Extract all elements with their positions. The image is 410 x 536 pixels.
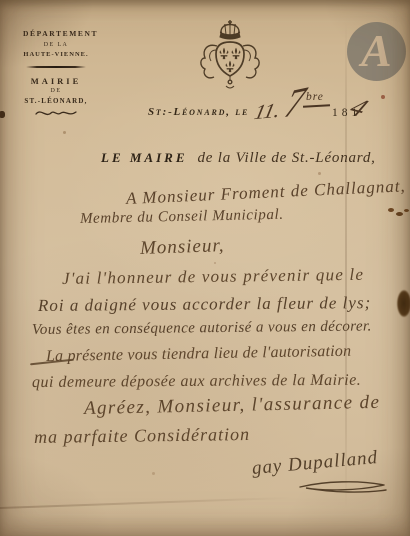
heading-title: LE MAIRE xyxy=(101,150,188,165)
letterhead-haute-vienne: HAUTE-VIENNE. xyxy=(23,51,89,58)
handwritten-line-4: La présente vous tiendra lieu de l'autor… xyxy=(46,344,351,365)
foxing-speck xyxy=(152,472,155,475)
foxing-speck xyxy=(318,172,321,175)
address-line-2: Membre du Conseil Municipal. xyxy=(80,208,284,227)
dateline-day-handwritten: 11. xyxy=(252,98,283,125)
handwritten-line-3: Vous êtes en conséquence autorisé a vous… xyxy=(32,319,372,338)
handwritten-line-6: Agréez, Monsieur, l'assurance de xyxy=(84,393,381,418)
signature-flourish-icon xyxy=(296,478,392,498)
letterhead-de-la: DE LA xyxy=(23,42,89,48)
salutation: Monsieur, xyxy=(140,236,225,258)
address-line-1: A Monsieur Froment de Challagnat, xyxy=(126,177,406,207)
fleur-de-lis-icon xyxy=(220,48,229,60)
stain-spot xyxy=(381,95,385,99)
handwritten-line-5: qui demeure déposée aux archives de la M… xyxy=(32,373,361,391)
crown-icon xyxy=(220,20,240,39)
stain-spot xyxy=(388,208,394,212)
fold-crease-horizontal xyxy=(0,497,292,509)
foxing-speck xyxy=(63,131,66,134)
ader-watermark: A xyxy=(347,22,406,81)
royal-crest-icon xyxy=(192,16,268,90)
watermark-letter: A xyxy=(361,23,392,78)
flourish-icon xyxy=(34,108,78,118)
letter-document: DÉPARTEMENT DE LA HAUTE-VIENNE. MAIRIE D… xyxy=(0,0,410,536)
handwritten-line-1: J'ai l'honneur de vous prévenir que le xyxy=(62,266,364,287)
dateline-month-underline xyxy=(303,104,330,107)
letterhead-de: DE xyxy=(23,88,89,94)
handwritten-line-7: ma parfaite Considération xyxy=(34,425,250,446)
handwritten-line-2: Roi a daigné vous accorder la fleur de l… xyxy=(38,294,371,314)
stain-spot xyxy=(0,111,5,118)
letterhead-st-leonard: ST.-LÉONARD, xyxy=(23,97,89,105)
dateline-month-handwritten: 7 xyxy=(281,81,309,125)
printed-heading: LE MAIRE de la Ville de St.-Léonard, xyxy=(101,149,376,167)
fleur-de-lis-icon xyxy=(232,48,241,60)
letterhead: DÉPARTEMENT DE LA HAUTE-VIENNE. MAIRIE D… xyxy=(23,0,89,130)
mantling-right-icon xyxy=(243,45,259,78)
ink-blotch xyxy=(397,290,410,317)
dateline-month-superscript: bre xyxy=(306,91,324,103)
letterhead-mairie: MAIRIE xyxy=(23,76,89,86)
stain-spot xyxy=(396,212,403,216)
stain-spot xyxy=(404,209,409,212)
letterhead-department: DÉPARTEMENT xyxy=(23,29,89,38)
signature: gay Dupalland xyxy=(251,448,379,478)
letterhead-rule xyxy=(26,66,86,68)
tassel-icon xyxy=(226,76,234,88)
dateline-place: St:-Léonard, le xyxy=(148,106,249,118)
fleur-de-lis-icon xyxy=(226,61,235,73)
foxing-speck xyxy=(214,262,216,264)
mantling-left-icon xyxy=(201,45,217,78)
heading-subtitle: de la Ville de St.-Léonard, xyxy=(198,150,376,166)
